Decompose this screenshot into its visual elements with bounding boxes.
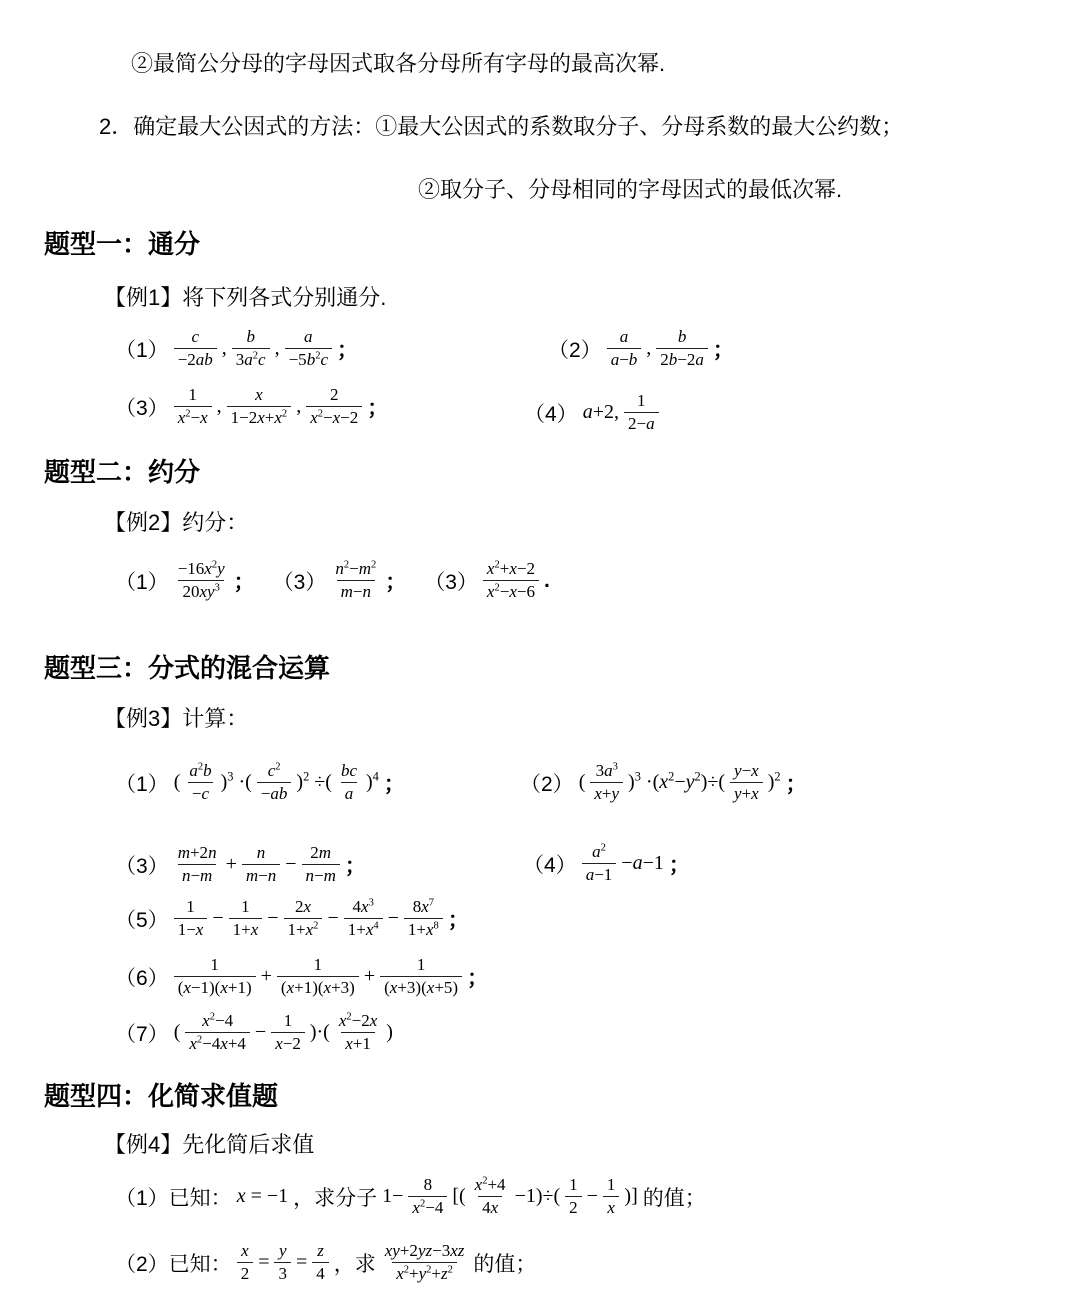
fraction-numerator: 8x7 <box>409 896 438 918</box>
math-text: )4 <box>366 771 379 794</box>
fraction-denominator: y+x <box>730 782 763 805</box>
fraction: c2−ab <box>257 760 292 805</box>
math-text: ( <box>174 1021 181 1044</box>
fraction: 1x <box>603 1174 620 1219</box>
example3-problem-4: （4）a2a−1−a−1； <box>523 841 690 886</box>
math-text: − <box>285 853 296 876</box>
math-text: ( <box>579 771 586 794</box>
fraction-numerator: 1 <box>237 896 254 918</box>
math-text: = <box>296 1251 307 1274</box>
fraction-denominator: x2−4x+4 <box>185 1032 250 1055</box>
fraction-denominator: x <box>603 1196 619 1219</box>
fraction-denominator: x2−x <box>174 406 212 429</box>
section-heading-1: 题型一：通分 <box>44 224 200 261</box>
cjk-text: 的值； <box>643 1182 706 1212</box>
fraction-numerator: 2x <box>291 896 315 918</box>
fraction-numerator: 3a3 <box>592 760 622 782</box>
fraction-denominator: a <box>341 782 358 805</box>
punctuation: ； <box>337 334 358 364</box>
intro-line-1: ②最简公分母的字母因式取各分母所有字母的最高次幂. <box>131 47 665 78</box>
fraction-numerator: xy+2yz−3xz <box>381 1240 469 1262</box>
fraction-numerator: 1 <box>310 954 327 976</box>
punctuation: ； <box>234 566 255 596</box>
example1-label: 【例1】将下列各式分别通分. <box>104 281 386 312</box>
example3-problem-6: （6）1(x−1)(x+1)+1(x+1)(x+3)+1(x+3)(x+5)； <box>115 954 488 999</box>
math-text: ( <box>174 771 181 794</box>
section-heading-2: 题型二：约分 <box>44 452 200 489</box>
example4-problem-2: （2）已知：x2=y3=z4，求xy+2yz−3xzx2+y2+z2的值； <box>115 1240 536 1285</box>
math-text: − <box>255 1021 266 1044</box>
fraction-numerator: 1 <box>413 954 430 976</box>
cjk-text: （4） <box>524 398 578 428</box>
cjk-text: （7） <box>115 1018 169 1048</box>
cjk-text: （2） <box>548 334 602 364</box>
math-text: , <box>275 337 280 360</box>
fraction-denominator: (x+3)(x+5) <box>380 976 462 999</box>
math-text: x = −1 <box>237 1185 288 1208</box>
intro-line-3: ②取分子、分母相同的字母因式的最低次幂. <box>418 173 842 204</box>
fraction: aa−b <box>607 326 642 371</box>
fraction: 2x1+x2 <box>284 896 323 941</box>
fraction-denominator: 1+x8 <box>404 918 443 941</box>
fraction-numerator: a2 <box>588 841 610 863</box>
fraction-denominator: 1−2x+x2 <box>227 406 292 429</box>
fraction: a−5b2c <box>285 326 332 371</box>
fraction-denominator: 4x <box>478 1196 502 1219</box>
cjk-text: （3） <box>424 566 478 596</box>
fraction-numerator: a2b <box>185 760 215 782</box>
fraction-numerator: n2−m2 <box>331 558 380 580</box>
math-text: + <box>364 965 375 988</box>
fraction-denominator: x+1 <box>341 1032 375 1055</box>
fraction-numerator: bc <box>337 760 361 782</box>
math-text: )3 ·(x2−y2)÷( <box>628 771 725 794</box>
math-text: )·( <box>310 1021 330 1044</box>
example2-label: 【例2】约分： <box>104 506 248 537</box>
fraction-denominator: 3a2c <box>232 348 270 371</box>
cjk-text: （1） <box>115 334 169 364</box>
fraction-numerator: n <box>253 842 270 864</box>
fraction-denominator: (x+1)(x+3) <box>277 976 359 999</box>
fraction: 3a3x+y <box>590 760 623 805</box>
punctuation: ； <box>367 392 388 422</box>
fraction: 8x2−4 <box>408 1174 447 1219</box>
math-text: , <box>296 395 301 418</box>
math-text: = <box>258 1251 269 1274</box>
example4-problem-1: （1）已知：x = −1，求分子1−8x2−4[(x2+44x−1)÷(12−1… <box>115 1174 706 1219</box>
math-text: a+2, <box>583 401 619 424</box>
fraction-denominator: 1+x4 <box>344 918 383 941</box>
fraction: nm−n <box>242 842 280 887</box>
fraction-denominator: m−n <box>242 864 280 887</box>
fraction-denominator: a−b <box>607 348 642 371</box>
fraction-numerator: c <box>187 326 203 348</box>
fraction: x2−4x2−4x+4 <box>185 1010 250 1055</box>
fraction-numerator: 1 <box>182 896 199 918</box>
fraction-denominator: 2 <box>237 1262 254 1285</box>
cjk-text: ，求分子 <box>293 1182 377 1212</box>
fraction-numerator: b <box>242 326 259 348</box>
example3-problem-5: （5）11−x−11+x−2x1+x2−4x31+x4−8x71+x8； <box>115 896 469 941</box>
math-text: [( <box>452 1185 465 1208</box>
fraction-denominator: 2 <box>565 1196 582 1219</box>
punctuation: . <box>544 569 550 593</box>
punctuation: ； <box>669 849 690 879</box>
fraction-denominator: 3 <box>274 1262 291 1285</box>
section-heading-4: 题型四：化简求值题 <box>44 1076 278 1113</box>
fraction: 8x71+x8 <box>404 896 443 941</box>
math-text: − <box>212 907 223 930</box>
example3-problem-2: （2）(3a3x+y)3 ·(x2−y2)÷(y−xy+x)2； <box>520 760 807 805</box>
fraction: 12 <box>565 1174 582 1219</box>
math-text: − <box>267 907 278 930</box>
cjk-text: （1）已知： <box>115 1182 232 1212</box>
fraction: x2−2xx+1 <box>335 1010 381 1055</box>
fraction: 12−a <box>624 390 659 435</box>
fraction-numerator: x2−4 <box>198 1010 237 1032</box>
fraction-denominator: −ab <box>257 782 292 805</box>
fraction-denominator: −5b2c <box>285 348 332 371</box>
fraction-denominator: x2−4 <box>408 1196 447 1219</box>
math-text: 1− <box>382 1185 403 1208</box>
fraction-numerator: x2+x−2 <box>483 558 539 580</box>
document-page: ②最简公分母的字母因式取各分母所有字母的最高次幂. 2．确定最大公因式的方法：①… <box>0 0 1080 1315</box>
fraction-numerator: 1 <box>184 384 201 406</box>
punctuation: ； <box>786 768 807 798</box>
fraction: b3a2c <box>232 326 270 371</box>
fraction-numerator: x2+4 <box>471 1174 510 1196</box>
example3-label: 【例3】计算： <box>104 702 248 733</box>
fraction: x2 <box>237 1240 254 1285</box>
fraction: xy+2yz−3xzx2+y2+z2 <box>381 1240 469 1285</box>
fraction: m+2nn−m <box>174 842 221 887</box>
fraction: bca <box>337 760 361 805</box>
fraction-numerator: 8 <box>420 1174 437 1196</box>
fraction: x2+44x <box>471 1174 510 1219</box>
punctuation: ； <box>384 768 405 798</box>
fraction-numerator: −16x2y <box>174 558 229 580</box>
cjk-text: （5） <box>115 904 169 934</box>
fraction: n2−m2m−n <box>331 558 380 603</box>
fraction-denominator: 1+x <box>229 918 263 941</box>
fraction-numerator: a <box>616 326 633 348</box>
fraction-numerator: 1 <box>206 954 223 976</box>
fraction-numerator: 1 <box>280 1010 297 1032</box>
cjk-text: （3） <box>273 566 327 596</box>
fraction: 2mn−m <box>302 842 340 887</box>
fraction-numerator: 1 <box>633 390 650 412</box>
fraction: 1(x+1)(x+3) <box>277 954 359 999</box>
fraction-numerator: c2 <box>264 760 285 782</box>
fraction-numerator: b <box>674 326 691 348</box>
example1-problem-3: （3）1x2−x,x1−2x+x2,2x2−x−2； <box>115 384 388 429</box>
cjk-text: ，求 <box>334 1248 376 1278</box>
fraction-denominator: 1−x <box>174 918 208 941</box>
fraction-denominator: −c <box>188 782 213 805</box>
fraction: 4x31+x4 <box>344 896 383 941</box>
cjk-text: 的值； <box>473 1248 536 1278</box>
fraction-denominator: x2−x−6 <box>483 580 539 603</box>
fraction: x1−2x+x2 <box>227 384 292 429</box>
punctuation: ； <box>467 962 488 992</box>
fraction-denominator: −2ab <box>174 348 217 371</box>
example2-problems: （1）−16x2y20xy3；（3）n2−m2m−n；（3）x2+x−2x2−x… <box>115 558 550 603</box>
fraction: z4 <box>312 1240 329 1285</box>
fraction: x2+x−2x2−x−6 <box>483 558 539 603</box>
fraction: y−xy+x <box>730 760 763 805</box>
cjk-text: （2） <box>520 768 574 798</box>
fraction: b2b−2a <box>656 326 708 371</box>
fraction-denominator: 20xy3 <box>178 580 223 603</box>
fraction-denominator: n−m <box>302 864 340 887</box>
fraction-numerator: z <box>313 1240 328 1262</box>
example1-problem-2: （2）aa−b,b2b−2a； <box>548 326 734 371</box>
fraction: a2b−c <box>185 760 215 805</box>
punctuation: ； <box>713 334 734 364</box>
fraction-denominator: 1+x2 <box>284 918 323 941</box>
example3-problem-1: （1）(a2b−c)3 ·(c2−ab)2 ÷(bca)4； <box>115 760 405 805</box>
fraction-denominator: x2−x−2 <box>306 406 362 429</box>
punctuation: ； <box>448 904 469 934</box>
fraction-numerator: x <box>251 384 267 406</box>
punctuation: ； <box>345 850 366 880</box>
example4-label: 【例4】先化简后求值 <box>104 1128 314 1159</box>
math-text: )2 ÷( <box>296 771 332 794</box>
fraction-denominator: 4 <box>312 1262 329 1285</box>
fraction-numerator: y <box>275 1240 291 1262</box>
fraction-numerator: 2m <box>306 842 335 864</box>
fraction: 2x2−x−2 <box>306 384 362 429</box>
cjk-text: （1） <box>115 768 169 798</box>
math-text: )3 ·( <box>221 771 252 794</box>
cjk-text: （6） <box>115 962 169 992</box>
fraction-denominator: a−1 <box>582 863 617 886</box>
fraction: y3 <box>274 1240 291 1285</box>
fraction-numerator: 2 <box>326 384 343 406</box>
cjk-text: （3） <box>115 850 169 880</box>
punctuation: ； <box>385 566 406 596</box>
cjk-text: （4） <box>523 849 577 879</box>
fraction-numerator: 1 <box>565 1174 582 1196</box>
math-text: )2 <box>768 771 781 794</box>
section-heading-3: 题型三：分式的混合运算 <box>44 648 330 685</box>
math-text: − <box>388 907 399 930</box>
math-text: + <box>226 853 237 876</box>
cjk-text: （1） <box>115 566 169 596</box>
fraction-denominator: (x−1)(x+1) <box>174 976 256 999</box>
cjk-text: （2）已知： <box>115 1248 232 1278</box>
math-text: , <box>646 337 651 360</box>
fraction: a2a−1 <box>582 841 617 886</box>
math-text: ) <box>386 1021 393 1044</box>
example3-problem-3: （3）m+2nn−m+nm−n−2mn−m； <box>115 842 366 887</box>
fraction-numerator: y−x <box>730 760 763 782</box>
fraction-numerator: x2−2x <box>335 1010 381 1032</box>
fraction-denominator: x+y <box>590 782 623 805</box>
fraction: 1(x+3)(x+5) <box>380 954 462 999</box>
cjk-text: （3） <box>115 392 169 422</box>
math-text: −1)÷( <box>515 1185 561 1208</box>
math-text: , <box>217 395 222 418</box>
example1-problem-1: （1）c−2ab,b3a2c,a−5b2c； <box>115 326 358 371</box>
fraction: 11+x <box>229 896 263 941</box>
example3-problem-7: （7）(x2−4x2−4x+4−1x−2)·(x2−2xx+1) <box>115 1010 393 1055</box>
math-text: − <box>587 1185 598 1208</box>
fraction-numerator: x <box>237 1240 253 1262</box>
fraction: 1x−2 <box>271 1010 305 1055</box>
intro-line-2: 2．确定最大公因式的方法：①最大公因式的系数取分子、分母系数的最大公约数； <box>99 110 903 141</box>
math-text: , <box>222 337 227 360</box>
fraction: −16x2y20xy3 <box>174 558 229 603</box>
example1-problem-4: （4）a+2,12−a <box>524 390 659 435</box>
math-text: + <box>261 965 272 988</box>
fraction-denominator: n−m <box>178 864 216 887</box>
fraction-numerator: 1 <box>603 1174 620 1196</box>
fraction-denominator: 2b−2a <box>656 348 708 371</box>
fraction: 1x2−x <box>174 384 212 429</box>
math-text: − <box>327 907 338 930</box>
fraction-numerator: 4x3 <box>349 896 378 918</box>
fraction: 1(x−1)(x+1) <box>174 954 256 999</box>
math-text: )] <box>624 1185 637 1208</box>
fraction-denominator: x2+y2+z2 <box>392 1262 457 1285</box>
fraction-denominator: m−n <box>337 580 375 603</box>
math-text: −a−1 <box>621 852 664 875</box>
fraction-denominator: 2−a <box>624 412 659 435</box>
fraction: c−2ab <box>174 326 217 371</box>
fraction-denominator: x−2 <box>271 1032 305 1055</box>
fraction: 11−x <box>174 896 208 941</box>
fraction-numerator: a <box>300 326 317 348</box>
fraction-numerator: m+2n <box>174 842 221 864</box>
